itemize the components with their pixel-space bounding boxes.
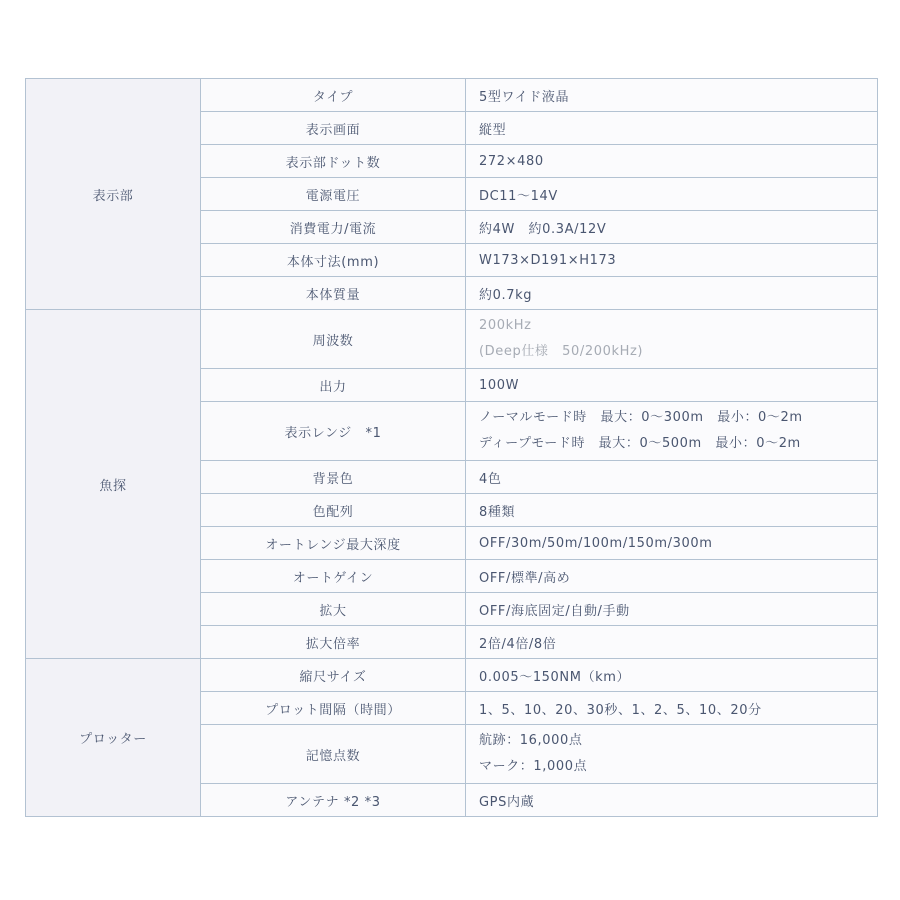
spec-value-line: 200kHz	[479, 313, 876, 339]
spec-label-cell: アンテナ *2 *3	[201, 784, 466, 817]
spec-value-cell: 約4W 約0.3A/12V	[466, 211, 878, 244]
spec-label-cell: 出力	[201, 369, 466, 402]
spec-label-cell: 周波数	[201, 310, 466, 369]
spec-value-line: ディープモード時 最大：0〜500m 最小：0〜2m	[479, 431, 876, 457]
spec-table-container: 表示部タイプ5型ワイド液晶表示画面縦型表示部ドット数272×480電源電圧DC1…	[25, 78, 878, 817]
spec-label-cell: オートレンジ最大深度	[201, 527, 466, 560]
spec-label-cell: 記憶点数	[201, 725, 466, 784]
spec-value-cell: 5型ワイド液晶	[466, 79, 878, 112]
category-cell: 魚探	[26, 310, 201, 659]
spec-value-cell: 8種類	[466, 494, 878, 527]
spec-value-cell: 4色	[466, 461, 878, 494]
spec-value-cell: OFF/海底固定/自動/手動	[466, 593, 878, 626]
spec-value-cell: 0.005〜150NM（km）	[466, 659, 878, 692]
spec-label-cell: 表示画面	[201, 112, 466, 145]
spec-label-cell: 電源電圧	[201, 178, 466, 211]
spec-value-cell: 約0.7kg	[466, 277, 878, 310]
spec-value-cell: 100W	[466, 369, 878, 402]
spec-value-cell: 200kHz(Deep仕様 50/200kHz)	[466, 310, 878, 369]
spec-table: 表示部タイプ5型ワイド液晶表示画面縦型表示部ドット数272×480電源電圧DC1…	[25, 78, 878, 817]
category-cell: 表示部	[26, 79, 201, 310]
spec-label-cell: 表示部ドット数	[201, 145, 466, 178]
spec-value-cell: OFF/30m/50m/100m/150m/300m	[466, 527, 878, 560]
spec-value-cell: 272×480	[466, 145, 878, 178]
spec-label-cell: 消費電力/電流	[201, 211, 466, 244]
spec-label-cell: 縮尺サイズ	[201, 659, 466, 692]
spec-label-cell: 本体寸法(mm)	[201, 244, 466, 277]
table-row: 表示部タイプ5型ワイド液晶	[26, 79, 878, 112]
spec-value-cell: ノーマルモード時 最大：0〜300m 最小：0〜2mディープモード時 最大：0〜…	[466, 402, 878, 461]
spec-value-line: (Deep仕様 50/200kHz)	[479, 339, 876, 365]
spec-label-cell: 本体質量	[201, 277, 466, 310]
spec-value-cell: W173×D191×H173	[466, 244, 878, 277]
spec-value-cell: DC11〜14V	[466, 178, 878, 211]
page: 表示部タイプ5型ワイド液晶表示画面縦型表示部ドット数272×480電源電圧DC1…	[0, 0, 900, 900]
spec-label-cell: プロット間隔（時間）	[201, 692, 466, 725]
spec-value-line: 航跡：16,000点	[479, 728, 876, 754]
spec-value-cell: 航跡：16,000点マーク：1,000点	[466, 725, 878, 784]
spec-label-cell: 背景色	[201, 461, 466, 494]
spec-label-cell: オートゲイン	[201, 560, 466, 593]
spec-value-cell: 2倍/4倍/8倍	[466, 626, 878, 659]
spec-label-cell: 表示レンジ *1	[201, 402, 466, 461]
spec-value-cell: 1、5、10、20、30秒、1、2、5、10、20分	[466, 692, 878, 725]
table-row: 魚探周波数200kHz(Deep仕様 50/200kHz)	[26, 310, 878, 369]
spec-label-cell: タイプ	[201, 79, 466, 112]
spec-value-cell: 縦型	[466, 112, 878, 145]
spec-value-cell: OFF/標準/高め	[466, 560, 878, 593]
table-row: プロッター縮尺サイズ0.005〜150NM（km）	[26, 659, 878, 692]
category-cell: プロッター	[26, 659, 201, 817]
spec-label-cell: 拡大倍率	[201, 626, 466, 659]
spec-label-cell: 色配列	[201, 494, 466, 527]
spec-table-body: 表示部タイプ5型ワイド液晶表示画面縦型表示部ドット数272×480電源電圧DC1…	[26, 79, 878, 817]
spec-value-cell: GPS内蔵	[466, 784, 878, 817]
spec-label-cell: 拡大	[201, 593, 466, 626]
spec-value-line: マーク：1,000点	[479, 754, 876, 780]
spec-value-line: ノーマルモード時 最大：0〜300m 最小：0〜2m	[479, 405, 876, 431]
